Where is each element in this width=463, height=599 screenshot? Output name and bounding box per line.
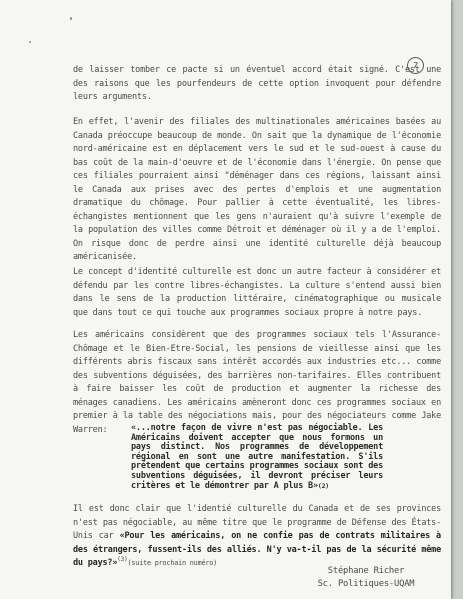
continuation-note: (suite prochain numéro) bbox=[128, 559, 218, 567]
quote-text: «...notre façon de vivre n'est pas négoc… bbox=[131, 423, 383, 491]
document-page: 7 de laisser tomber ce pacte si un évent… bbox=[0, 0, 451, 599]
blockquote-jake-warren: «...notre façon de vivre n'est pas négoc… bbox=[131, 424, 383, 491]
signature-block: Stéphane Richer Sc. Politiques-UQAM bbox=[300, 565, 432, 591]
scan-speck bbox=[29, 41, 31, 43]
paragraph-filiales-multinationales: En effet, l'avenir des filiales des mult… bbox=[73, 116, 441, 265]
footnote-ref-2: (2) bbox=[318, 482, 329, 490]
footnote-ref-3: (3) bbox=[117, 556, 127, 563]
author-affiliation: Sc. Politiques-UQAM bbox=[300, 578, 432, 591]
paragraph-conclusion: Il est donc clair que l'identié culturel… bbox=[73, 503, 441, 571]
paragraph-programmes-sociaux: Les américains considèrent que des progr… bbox=[73, 329, 441, 437]
scanned-newsletter-page: 7 de laisser tomber ce pacte si un évent… bbox=[0, 0, 463, 599]
paragraph-identite-culturelle: Le concept d'identité culturelle est don… bbox=[73, 266, 441, 320]
author-name: Stéphane Richer bbox=[300, 565, 432, 578]
paragraph-pacte: de laisser tomber ce pacte si un éventue… bbox=[73, 64, 441, 105]
scan-speck bbox=[70, 17, 72, 20]
